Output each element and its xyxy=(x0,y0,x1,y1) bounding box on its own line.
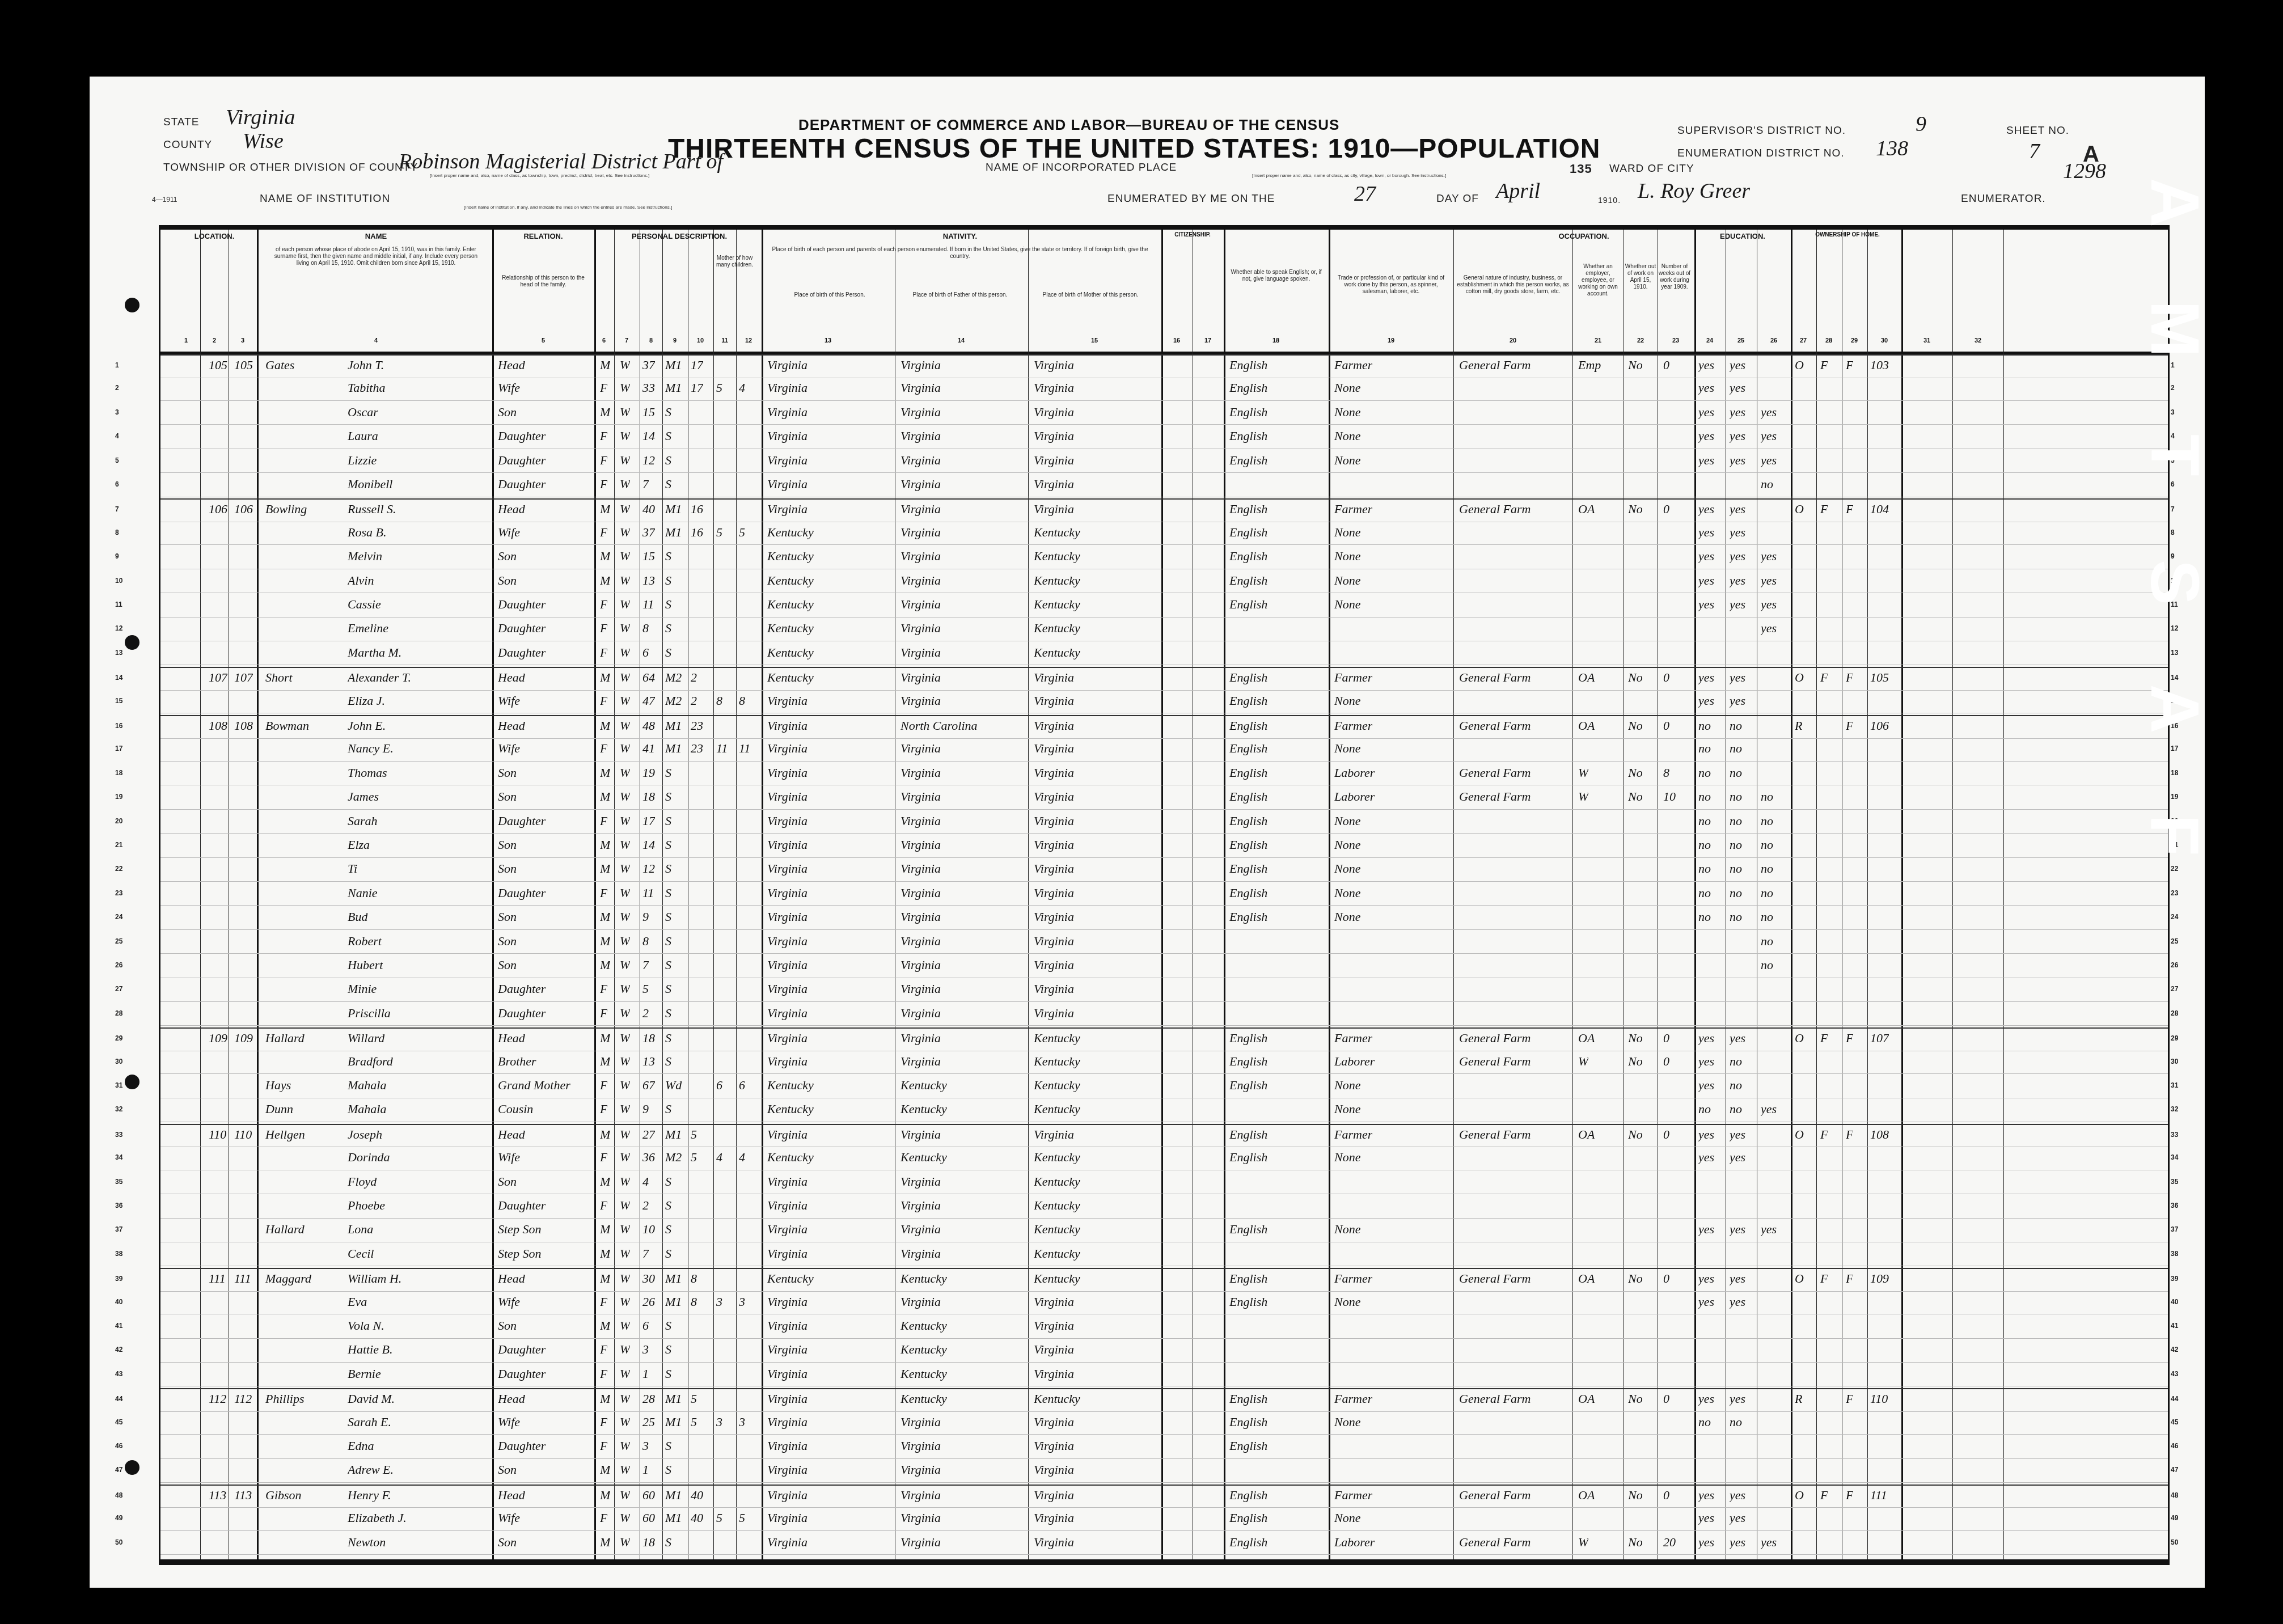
cell-mother: Kentucky xyxy=(1034,573,1080,588)
cell-language: English xyxy=(1229,741,1267,756)
table-row: 3737HallardLonaStep SonMW10SVirginiaVirg… xyxy=(160,1220,2168,1242)
cell-sex: M xyxy=(600,1392,610,1406)
cell-employer: W xyxy=(1578,1535,1588,1550)
cell-read: yes xyxy=(1698,1222,1714,1237)
cell-read: no xyxy=(1698,1415,1711,1430)
cell-language: English xyxy=(1229,453,1267,468)
line-number: 13 xyxy=(115,649,122,657)
cell-sex: F xyxy=(600,886,607,900)
cell-given: Sarah E. xyxy=(348,1415,391,1430)
trade-header: Trade or profession of, or particular ki… xyxy=(1334,275,1448,295)
cell-sex: M xyxy=(600,1488,610,1503)
line-number: 11 xyxy=(115,600,122,608)
cell-trade: None xyxy=(1334,453,1360,468)
cell-mother: Virginia xyxy=(1034,718,1074,733)
cell-age: 9 xyxy=(642,1102,649,1116)
line-number: 36 xyxy=(2171,1202,2178,1209)
weeks-out-header: Number of weeks out of work during year … xyxy=(1658,264,1692,291)
cell-age: 8 xyxy=(642,934,649,949)
cell-birth: Kentucky xyxy=(767,621,814,636)
cell-school: yes xyxy=(1761,453,1777,468)
cell-given: Mahala xyxy=(348,1078,386,1093)
cell-mother: Kentucky xyxy=(1034,645,1080,660)
column-number: 22 xyxy=(1637,337,1644,344)
cell-sex: M xyxy=(600,789,610,804)
cell-relation: Wife xyxy=(498,1511,520,1525)
cell-given: Eva xyxy=(348,1295,367,1309)
cell-marital: M1 xyxy=(665,358,682,373)
cell-language: English xyxy=(1229,1392,1267,1406)
incorporated-label: Name of incorporated place xyxy=(986,162,1177,174)
cell-age: 17 xyxy=(642,814,655,828)
cell-marital: S xyxy=(665,766,671,780)
cell-family: 105 xyxy=(234,358,253,373)
cell-read: yes xyxy=(1698,1511,1714,1525)
line-number: 27 xyxy=(115,985,122,993)
cell-relation: Daughter xyxy=(498,645,546,660)
enumerator-name: L. Roy Greer xyxy=(1638,179,1750,204)
cell-age: 14 xyxy=(642,838,655,852)
cell-father: North Carolina xyxy=(900,718,978,733)
line-number: 33 xyxy=(2171,1131,2178,1139)
table-row: 1818ThomasSonMW19SVirginiaVirginiaVirgin… xyxy=(160,763,2168,786)
cell-language: English xyxy=(1229,766,1267,780)
cell-mother: Kentucky xyxy=(1034,597,1080,612)
column-number: 17 xyxy=(1204,337,1211,344)
cell-marital: S xyxy=(665,621,671,636)
cell-father: Virginia xyxy=(900,1031,941,1046)
cell-race: W xyxy=(620,573,630,588)
cell-father: Virginia xyxy=(900,861,941,876)
cell-language: English xyxy=(1229,1511,1267,1525)
table-row: 2828PriscillaDaughterFW2SVirginiaVirgini… xyxy=(160,1004,2168,1026)
table-row: 4545Sarah E.WifeFW25M1533VirginiaVirgini… xyxy=(160,1412,2168,1435)
cell-employer: W xyxy=(1578,1054,1588,1069)
cell-birth: Virginia xyxy=(767,886,807,900)
cell-marital: S xyxy=(665,910,671,924)
cell-language: English xyxy=(1229,861,1267,876)
cell-given: Nancy E. xyxy=(348,741,394,756)
cell-read: yes xyxy=(1698,670,1714,685)
cell-relation: Daughter xyxy=(498,982,546,996)
line-number: 31 xyxy=(2171,1081,2178,1089)
cell-father: Virginia xyxy=(900,549,941,564)
table-row: 1616108108BowmanJohn E.HeadMW48M123Virgi… xyxy=(160,715,2168,739)
cell-father: Virginia xyxy=(900,1246,941,1261)
cell-marital: S xyxy=(665,886,671,900)
cell-age: 14 xyxy=(642,429,655,443)
cell-write: yes xyxy=(1730,1222,1745,1237)
cell-race: W xyxy=(620,789,630,804)
table-row: 2929109109HallardWillardHeadMW18SVirgini… xyxy=(160,1027,2168,1051)
table-row: 33OscarSonMW15SVirginiaVirginiaVirginiaE… xyxy=(160,403,2168,425)
cell-given: William H. xyxy=(348,1271,401,1286)
cell-language: English xyxy=(1229,573,1267,588)
cell-employer: OA xyxy=(1578,502,1595,517)
cell-marital: S xyxy=(665,982,671,996)
cell-weeks: 0 xyxy=(1663,1392,1669,1406)
cell-write: yes xyxy=(1730,1488,1745,1503)
cell-language: English xyxy=(1229,1078,1267,1093)
table-row: 3131HaysMahalaGrand MotherFW67Wd66Kentuc… xyxy=(160,1076,2168,1098)
cell-relation: Wife xyxy=(498,741,520,756)
table-row: 66MonibellDaughterFW7SVirginiaVirginiaVi… xyxy=(160,475,2168,497)
cell-trade: Farmer xyxy=(1334,1031,1372,1046)
cell-age: 12 xyxy=(642,453,655,468)
cell-marital: M1 xyxy=(665,1271,682,1286)
cell-house: F xyxy=(1846,1488,1853,1503)
cell-write: no xyxy=(1730,1054,1742,1069)
cell-house: F xyxy=(1846,718,1853,733)
cell-given: Lizzie xyxy=(348,453,377,468)
line-number: 26 xyxy=(2171,961,2178,969)
cell-read: yes xyxy=(1698,502,1714,517)
cell-own: O xyxy=(1795,1127,1804,1142)
cell-write: no xyxy=(1730,814,1742,828)
cell-birth: Virginia xyxy=(767,429,807,443)
cell-mother: Kentucky xyxy=(1034,1222,1080,1237)
cell-birth: Kentucky xyxy=(767,670,814,685)
cell-race: W xyxy=(620,621,630,636)
cell-relation: Son xyxy=(498,573,517,588)
cell-mother: Kentucky xyxy=(1034,1271,1080,1286)
line-number: 40 xyxy=(115,1298,122,1306)
cell-age: 19 xyxy=(642,766,655,780)
cell-living: 11 xyxy=(739,741,750,756)
cell-given: Monibell xyxy=(348,477,392,492)
cell-given: John E. xyxy=(348,718,386,733)
month-value: April xyxy=(1496,179,1540,204)
banner-letter: A xyxy=(2141,684,2209,734)
cell-marital: S xyxy=(665,1054,671,1069)
cell-father: Virginia xyxy=(900,1174,941,1189)
column-number: 10 xyxy=(697,337,704,344)
cell-house: F xyxy=(1846,1271,1853,1286)
table-row: 1212EmelineDaughterFW8SKentuckyVirginiaK… xyxy=(160,619,2168,641)
cell-birth: Virginia xyxy=(767,1511,807,1525)
cell-father: Virginia xyxy=(900,1198,941,1213)
cell-race: W xyxy=(620,1031,630,1046)
stamp-number: 135 xyxy=(1570,162,1592,176)
cell-read: no xyxy=(1698,766,1711,780)
line-number: 15 xyxy=(115,697,122,705)
cell-father: Virginia xyxy=(900,645,941,660)
enumeration-value: 138 xyxy=(1876,136,1908,161)
table-row: 3333110110HellgenJosephHeadMW27M15Virgin… xyxy=(160,1124,2168,1148)
table-row: 1717Nancy E.WifeFW41M1231111VirginiaVirg… xyxy=(160,739,2168,762)
cell-birth: Virginia xyxy=(767,1198,807,1213)
cell-read: yes xyxy=(1698,1078,1714,1093)
cell-sex: M xyxy=(600,670,610,685)
cell-marital: S xyxy=(665,453,671,468)
cell-read: no xyxy=(1698,741,1711,756)
banner-letter: M xyxy=(2141,301,2209,357)
cell-born: 4 xyxy=(716,1150,722,1165)
cell-birth: Virginia xyxy=(767,934,807,949)
cell-years-married: 40 xyxy=(691,1511,703,1525)
cell-language: English xyxy=(1229,380,1267,395)
cell-sex: M xyxy=(600,405,610,420)
cell-birth: Virginia xyxy=(767,1488,807,1503)
cell-trade: None xyxy=(1334,693,1360,708)
cell-mother: Virginia xyxy=(1034,670,1074,685)
cell-dwelling: 105 xyxy=(209,358,227,373)
cell-years-married: 23 xyxy=(691,718,703,733)
cell-age: 9 xyxy=(642,910,649,924)
cell-out: No xyxy=(1628,1031,1643,1046)
cell-mother: Kentucky xyxy=(1034,1392,1080,1406)
cell-race: W xyxy=(620,1511,630,1525)
table-row: 4949Elizabeth J.WifeFW60M14055VirginiaVi… xyxy=(160,1508,2168,1531)
birth-father-header: Place of birth of Father of this person. xyxy=(898,292,1022,299)
table-row: 4141Vola N.SonMW6SVirginiaKentuckyVirgin… xyxy=(160,1316,2168,1339)
cell-age: 18 xyxy=(642,789,655,804)
cell-marital: M1 xyxy=(665,1295,682,1309)
cell-marital: M1 xyxy=(665,1488,682,1503)
cell-birth: Virginia xyxy=(767,958,807,972)
line-number: 32 xyxy=(115,1105,122,1113)
cell-marital: S xyxy=(665,405,671,420)
cell-dwelling: 110 xyxy=(209,1127,226,1142)
cell-race: W xyxy=(620,645,630,660)
cell-race: W xyxy=(620,934,630,949)
cell-marital: S xyxy=(665,1031,671,1046)
cell-father: Virginia xyxy=(900,477,941,492)
cell-mother: Virginia xyxy=(1034,1342,1074,1357)
cell-marital: S xyxy=(665,1535,671,1550)
table-row: 1313Martha M.DaughterFW6SKentuckyVirgini… xyxy=(160,643,2168,666)
group-relation: RELATION. xyxy=(495,232,591,240)
page-number: 1298 xyxy=(2063,159,2106,184)
cell-relation: Step Son xyxy=(498,1246,541,1261)
cell-farm: 110 xyxy=(1870,1392,1888,1406)
cell-race: W xyxy=(620,1488,630,1503)
cell-trade: Farmer xyxy=(1334,358,1372,373)
cell-school: no xyxy=(1761,814,1773,828)
line-number: 8 xyxy=(115,528,119,536)
cell-age: 60 xyxy=(642,1488,655,1503)
cell-mother: Virginia xyxy=(1034,934,1074,949)
cell-father: Virginia xyxy=(900,453,941,468)
cell-sex: F xyxy=(600,693,607,708)
cell-industry: General Farm xyxy=(1459,1127,1531,1142)
table-row: 99MelvinSonMW15SKentuckyVirginiaKentucky… xyxy=(160,547,2168,569)
cell-age: 10 xyxy=(642,1222,655,1237)
cell-employer: OA xyxy=(1578,718,1595,733)
cell-birth: Virginia xyxy=(767,789,807,804)
binder-hole xyxy=(125,298,139,312)
cell-given: James xyxy=(348,789,379,804)
cell-house: F xyxy=(1846,502,1853,517)
cell-write: yes xyxy=(1730,573,1745,588)
cell-age: 12 xyxy=(642,861,655,876)
cell-out: No xyxy=(1628,718,1643,733)
cell-own: O xyxy=(1795,1271,1804,1286)
cell-language: English xyxy=(1229,1415,1267,1430)
cell-read: yes xyxy=(1698,573,1714,588)
line-number: 14 xyxy=(115,674,122,682)
column-number: 5 xyxy=(542,337,545,344)
cell-birth: Virginia xyxy=(767,380,807,395)
cell-family: 113 xyxy=(234,1488,252,1503)
cell-marital: S xyxy=(665,789,671,804)
cell-weeks: 0 xyxy=(1663,1127,1669,1142)
cell-marital: M1 xyxy=(665,1127,682,1142)
cell-own: O xyxy=(1795,670,1804,685)
cell-read: yes xyxy=(1698,1271,1714,1286)
cell-own: O xyxy=(1795,1488,1804,1503)
cell-mother: Virginia xyxy=(1034,1127,1074,1142)
cell-marital: M2 xyxy=(665,670,682,685)
cell-dwelling: 106 xyxy=(209,502,227,517)
cell-language: English xyxy=(1229,597,1267,612)
cell-relation: Daughter xyxy=(498,1342,546,1357)
table-row: 1515Eliza J.WifeFW47M2288VirginiaVirgini… xyxy=(160,691,2168,714)
cell-write: yes xyxy=(1730,429,1745,443)
cell-dwelling: 112 xyxy=(209,1392,226,1406)
cell-sex: M xyxy=(600,573,610,588)
cell-weeks: 0 xyxy=(1663,1031,1669,1046)
cell-given: Henry F. xyxy=(348,1488,391,1503)
cell-living: 5 xyxy=(739,525,745,540)
cell-born: 5 xyxy=(716,1511,722,1525)
cell-employer: OA xyxy=(1578,1127,1595,1142)
cell-write: yes xyxy=(1730,1392,1745,1406)
line-number: 43 xyxy=(115,1370,122,1378)
line-number: 44 xyxy=(2171,1395,2178,1403)
line-number: 30 xyxy=(2171,1058,2178,1065)
cell-write: no xyxy=(1730,838,1742,852)
line-number: 48 xyxy=(2171,1491,2178,1499)
cell-mother: Virginia xyxy=(1034,1439,1074,1453)
cell-years-married: 5 xyxy=(691,1127,697,1142)
cell-father: Virginia xyxy=(900,1535,941,1550)
cell-race: W xyxy=(620,1342,630,1357)
cell-birth: Kentucky xyxy=(767,597,814,612)
cell-sex: M xyxy=(600,861,610,876)
cell-sex: M xyxy=(600,958,610,972)
cell-years-married: 16 xyxy=(691,525,703,540)
cell-sex: F xyxy=(600,1102,607,1116)
cell-industry: General Farm xyxy=(1459,1488,1531,1503)
cell-father: Virginia xyxy=(900,1054,941,1069)
cell-free: F xyxy=(1820,1127,1828,1142)
cell-school: yes xyxy=(1761,1102,1777,1116)
cell-mother: Virginia xyxy=(1034,1415,1074,1430)
line-number: 34 xyxy=(115,1153,122,1161)
table-row: 4444112112PhillipsDavid M.HeadMW28M15Vir… xyxy=(160,1388,2168,1412)
cell-father: Virginia xyxy=(900,1439,941,1453)
cell-relation: Step Son xyxy=(498,1222,541,1237)
cell-sex: F xyxy=(600,1006,607,1021)
cell-employer: OA xyxy=(1578,1271,1595,1286)
township-note: [Insert proper name and, also, name of c… xyxy=(430,173,649,178)
cell-birth: Virginia xyxy=(767,1222,807,1237)
cell-father: Kentucky xyxy=(900,1078,947,1093)
cell-years-married: 8 xyxy=(691,1271,697,1286)
cell-birth: Virginia xyxy=(767,1246,807,1261)
cell-given: Elza xyxy=(348,838,370,852)
cell-race: W xyxy=(620,861,630,876)
cell-sex: F xyxy=(600,477,607,492)
cell-race: W xyxy=(620,982,630,996)
cell-years-married: 17 xyxy=(691,380,703,395)
cell-own: O xyxy=(1795,502,1804,517)
column-number: 4 xyxy=(374,337,378,344)
cell-mother: Virginia xyxy=(1034,405,1074,420)
cell-mother: Kentucky xyxy=(1034,1150,1080,1165)
cell-family: 111 xyxy=(234,1271,251,1286)
cell-write: no xyxy=(1730,886,1742,900)
cell-marital: M2 xyxy=(665,1150,682,1165)
cell-age: 6 xyxy=(642,1318,649,1333)
cell-father: Virginia xyxy=(900,502,941,517)
cell-mother: Virginia xyxy=(1034,1511,1074,1525)
column-number: 7 xyxy=(625,337,628,344)
cell-years-married: 5 xyxy=(691,1392,697,1406)
line-number: 49 xyxy=(2171,1514,2178,1522)
cell-living: 4 xyxy=(739,1150,745,1165)
line-number: 35 xyxy=(2171,1178,2178,1186)
mother-of-header: Mother of how many children. xyxy=(713,255,756,269)
cell-trade: None xyxy=(1334,1222,1360,1237)
cell-given: Nanie xyxy=(348,886,378,900)
cell-birth: Virginia xyxy=(767,1535,807,1550)
cell-marital: S xyxy=(665,934,671,949)
cell-given: Bud xyxy=(348,910,367,924)
cell-birth: Virginia xyxy=(767,1462,807,1477)
cell-birth: Virginia xyxy=(767,502,807,517)
cell-marital: M1 xyxy=(665,1511,682,1525)
cell-weeks: 0 xyxy=(1663,502,1669,517)
cell-language: English xyxy=(1229,670,1267,685)
cell-given: Priscilla xyxy=(348,1006,391,1021)
cell-mother: Virginia xyxy=(1034,380,1074,395)
column-number: 16 xyxy=(1173,337,1180,344)
cell-weeks: 0 xyxy=(1663,358,1669,373)
cell-relation: Cousin xyxy=(498,1102,533,1116)
cell-race: W xyxy=(620,1367,630,1381)
cell-father: Virginia xyxy=(900,789,941,804)
cell-father: Virginia xyxy=(900,429,941,443)
cell-sex: F xyxy=(600,429,607,443)
cell-sex: F xyxy=(600,453,607,468)
cell-father: Kentucky xyxy=(900,1342,947,1357)
cell-write: yes xyxy=(1730,502,1745,517)
cell-mother: Virginia xyxy=(1034,982,1074,996)
cell-trade: Farmer xyxy=(1334,1488,1372,1503)
cell-read: yes xyxy=(1698,1031,1714,1046)
cell-race: W xyxy=(620,1439,630,1453)
line-number: 38 xyxy=(115,1250,122,1258)
cell-father: Virginia xyxy=(900,358,941,373)
cell-write: yes xyxy=(1730,1127,1745,1142)
cell-farm: 103 xyxy=(1870,358,1889,373)
cell-father: Virginia xyxy=(900,1488,941,1503)
state-value: Virginia xyxy=(226,105,295,130)
cell-given: Elizabeth J. xyxy=(348,1511,407,1525)
cell-weeks: 20 xyxy=(1663,1535,1676,1550)
cell-born: 6 xyxy=(716,1078,722,1093)
cell-trade: Farmer xyxy=(1334,502,1372,517)
cell-free: F xyxy=(1820,502,1828,517)
cell-birth: Virginia xyxy=(767,1174,807,1189)
cell-read: yes xyxy=(1698,405,1714,420)
cell-age: 1 xyxy=(642,1367,649,1381)
cell-language: English xyxy=(1229,886,1267,900)
cell-school: yes xyxy=(1761,549,1777,564)
cell-relation: Head xyxy=(498,358,525,373)
